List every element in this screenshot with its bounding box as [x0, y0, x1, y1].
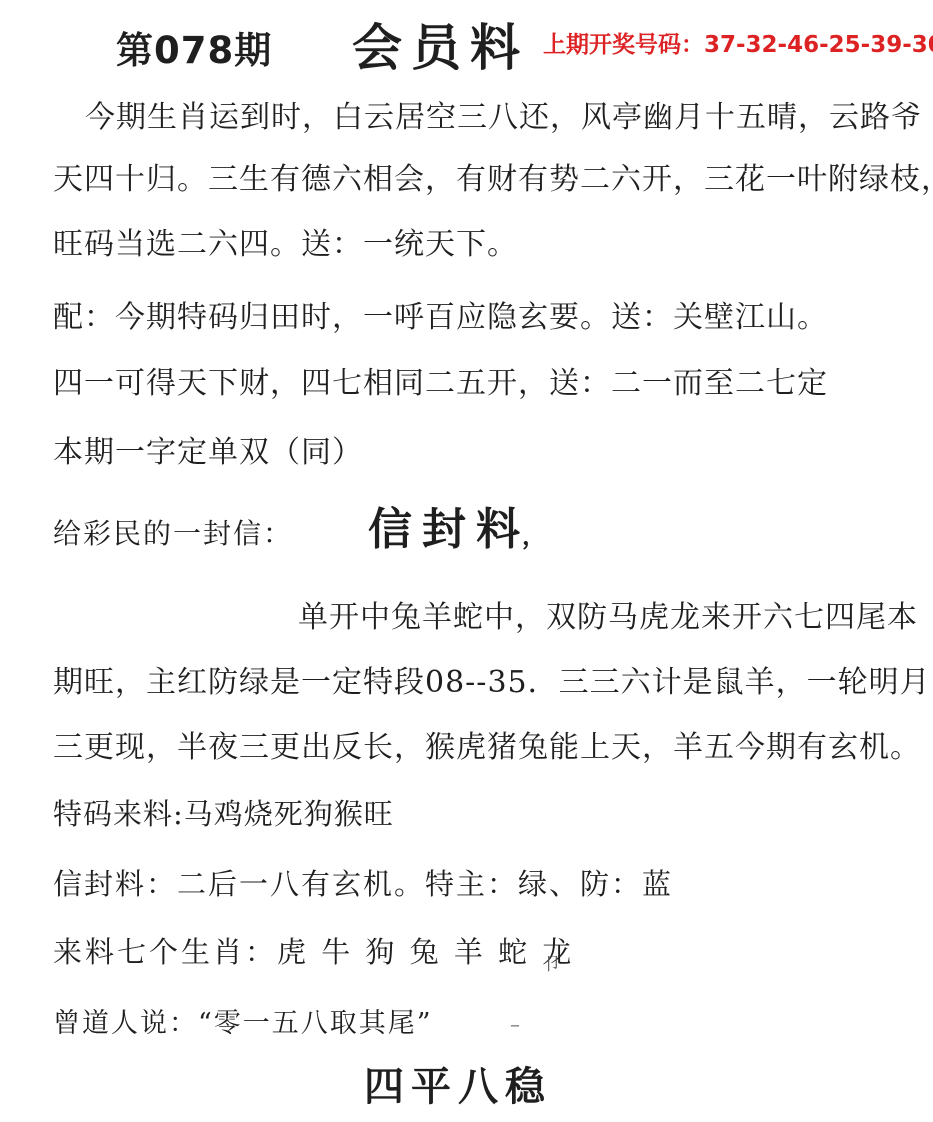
letter-title-comma-mark: ， [522, 521, 546, 550]
doc-title: 会员料 [352, 8, 529, 80]
letter-title: 信封料， [368, 493, 546, 557]
letter-line-1: 单开中兔羊蛇中，双防马虎龙来开六七四尾本 [298, 592, 918, 636]
envelope-material-line: 信封料：二后一八有玄机。特主：绿、防：蓝 [53, 862, 673, 903]
letter-line-3: 三更现，半夜三更出反长，猴虎猪兔能上天，羊五今期有玄机。 [53, 722, 921, 766]
verse-line-3: 旺码当选二六四。送：一统天下。 [53, 219, 518, 263]
scanned-tip-sheet: 第078期 会员料 上期开奖号码：37-32-46-25-39-30+29 今期… [0, 0, 933, 1122]
zodiac-list-line: 来料七个生肖：虎 牛 狗 兔 羊 蛇 龙 [53, 930, 574, 971]
footer-motto: 四平八稳 [364, 1055, 552, 1112]
letter-intro-label: 给彩民的一封信： [53, 512, 293, 552]
special-code-line: 特码来料:马鸡烧死狗猴旺 [53, 792, 394, 833]
issue-number: 第078期 [116, 20, 272, 74]
verse-line-2: 天四十归。三生有德六相会，有财有势二六开，三花一叶附绿枝， [53, 154, 933, 198]
zengdaoren-quote: 曾道人说：“零一五八取其尾” [53, 1001, 433, 1040]
letter-line-2: 期旺，主红防绿是一定特段08--35．三三六计是鼠羊，一轮明月 [53, 657, 931, 701]
verse-line-1: 今期生肖运到时，白云居空三八还，风亭幽月十五晴，云路爷 [85, 92, 922, 136]
stray-print-mark: 卩 [543, 950, 561, 976]
verse-line-5: 四一可得天下财，四七相同二五开，送：二一而至二七定 [53, 358, 828, 402]
previous-draw-result: 上期开奖号码：37-32-46-25-39-30+29 [543, 26, 933, 59]
verse-line-4: 配：今期特码归田时，一呼百应隐玄要。送：关壁江山。 [53, 292, 828, 336]
letter-title-text: 信封料 [368, 504, 530, 555]
stray-dash-mark: – [510, 1012, 520, 1036]
verse-line-6: 本期一字定单双（同） [53, 427, 363, 471]
